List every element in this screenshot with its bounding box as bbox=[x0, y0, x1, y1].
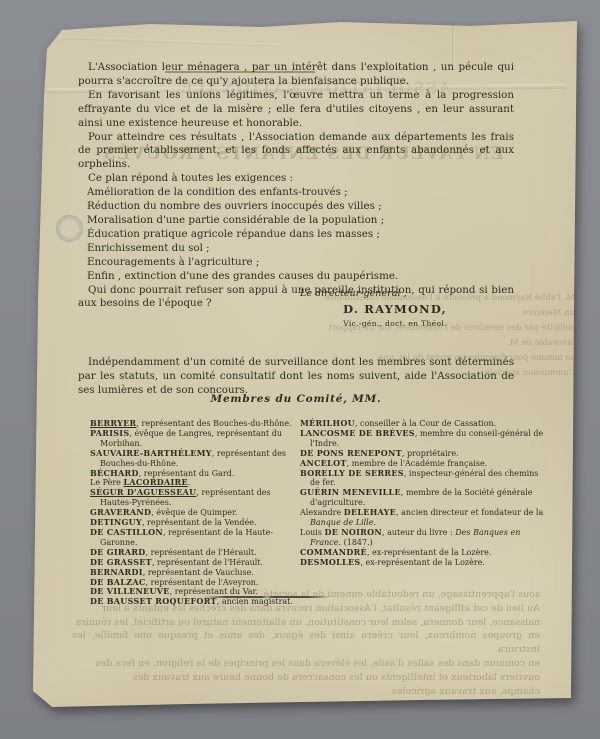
body-text: L'Association leur ménagera , par un int… bbox=[78, 61, 514, 311]
committee-member: GUÉRIN MENEVILLE, membre de la Société g… bbox=[300, 488, 548, 508]
committee-column-right: MÉRILHOU, conseiller à la Cour de Cassat… bbox=[300, 419, 548, 568]
plan-item: Enrichissement du sol ; bbox=[78, 242, 514, 256]
end-divider-rule bbox=[203, 596, 331, 598]
committee-member: Louis DE NOIRON, auteur du livre : Des B… bbox=[300, 528, 548, 548]
committee-member: DESMOLLES, ex-représentant de la Lozère. bbox=[300, 558, 548, 568]
signature-role: Le directeur-général , bbox=[300, 288, 535, 299]
committee-member: BORELLY DE SERRES, inspecteur-général de… bbox=[300, 469, 548, 489]
signature-title: Vic.-gén., doct. en Théol. bbox=[255, 319, 535, 328]
plan-item: Encouragements à l'agriculture ; bbox=[78, 256, 514, 270]
signature-block: Le directeur-général , D. RAYMOND, Vic.-… bbox=[255, 288, 535, 328]
committee-member: PARISIS, évêque de Langres, représentant… bbox=[90, 429, 300, 449]
signature-name: D. RAYMOND, bbox=[255, 302, 535, 316]
committee-member: DE BAUSSET ROQUEFORT, ancien magistrat. bbox=[90, 597, 300, 607]
plan-item: Éducation pratique agricole répandue dan… bbox=[78, 228, 514, 242]
plan-item: Enfin , extinction d'une des grandes cau… bbox=[78, 270, 514, 284]
library-stamp-icon bbox=[56, 215, 83, 242]
plan-item: Amélioration de la condition des enfants… bbox=[78, 186, 514, 200]
photo-backdrop: { "page": { "background_color": "#84878c… bbox=[0, 0, 600, 739]
committee-member: DE CASTILLON, représentant de la Haute-G… bbox=[90, 528, 300, 548]
paper-crease bbox=[60, 36, 280, 47]
committee-column-left: BERRYER, représentant des Bouches-du-Rhô… bbox=[90, 419, 300, 607]
committee-member: SAUVAIRE-BARTHÉLEMY, représentant des Bo… bbox=[90, 449, 300, 469]
committee-member: LANCOSME DE BRÈVES, membre du conseil-gé… bbox=[300, 429, 548, 449]
paper-crease bbox=[452, 22, 455, 68]
paper-shadow-wrap: ASSOCIATION NATIONALE EN FAVEUR DES ENFA… bbox=[0, 0, 600, 739]
plan-item: Moralisation d'une partie considérable d… bbox=[78, 214, 514, 228]
paragraph-resultats: Pour atteindre ces résultats , l'Associa… bbox=[78, 131, 514, 173]
plan-item: Réduction du nombre des ouvriers inoccup… bbox=[78, 200, 514, 214]
committee-member: Alexandre DELEHAYE, ancien directeur et … bbox=[300, 508, 548, 528]
plan-intro: Ce plan répond à toutes les exigences : bbox=[78, 172, 514, 186]
paper-sheet: ASSOCIATION NATIONALE EN FAVEUR DES ENFA… bbox=[0, 0, 600, 739]
committee-note: Indépendamment d'un comité de surveillan… bbox=[78, 356, 514, 398]
paragraph-unions: En favorisant les unions légitimes, l'œu… bbox=[78, 89, 514, 131]
committee-member: SÉGUR D'AGUESSEAU, représentant des Haut… bbox=[90, 488, 300, 508]
committee-heading: Membres du Comité, MM. bbox=[78, 393, 514, 405]
committee-member: BÉCHARD, représentant du Gard. bbox=[90, 469, 300, 479]
